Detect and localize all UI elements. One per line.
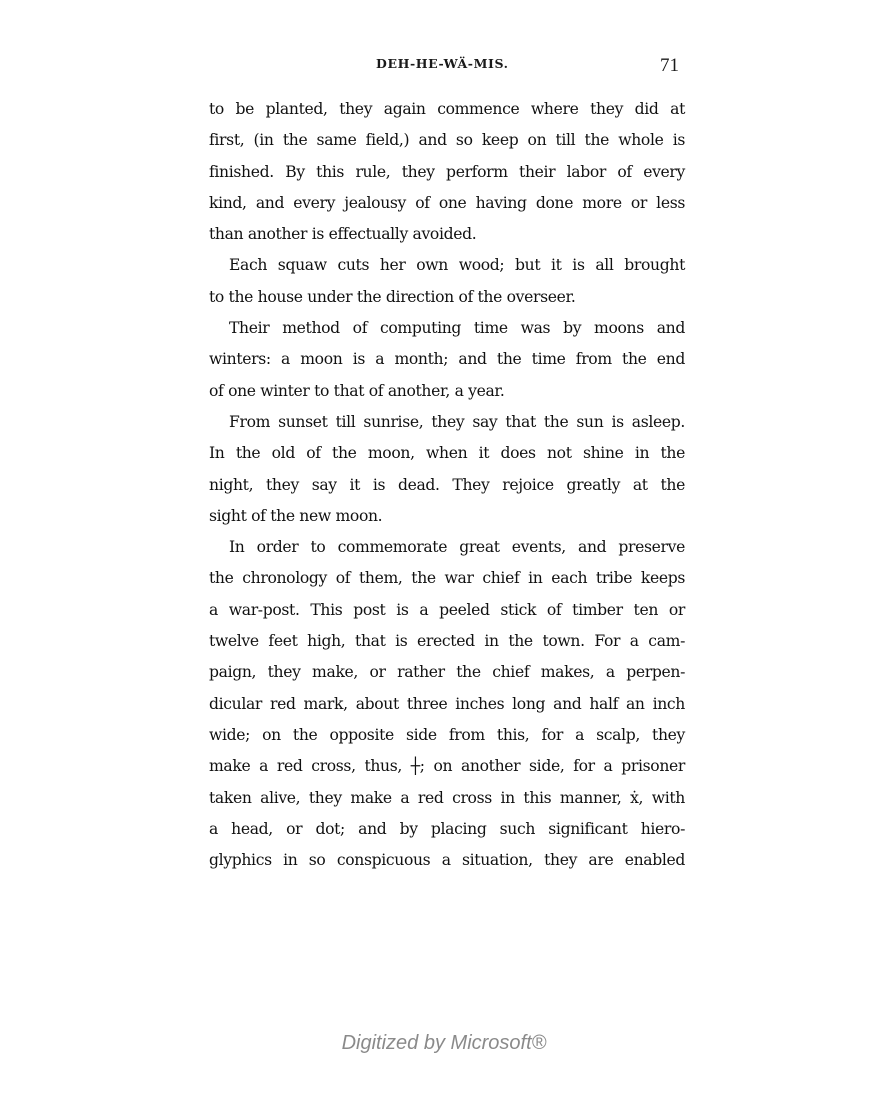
text-line: winters: a moon is a month; and the time…	[209, 344, 685, 375]
paragraph: Their method of computing time was by mo…	[209, 313, 685, 407]
text-line: Their method of computing time was by mo…	[209, 313, 685, 344]
page-number: 71	[660, 55, 679, 77]
body-text: to be planted, they again commence where…	[209, 94, 685, 876]
text-line: a head, or dot; and by placing such sign…	[209, 814, 685, 845]
text-line: glyphics in so conspicuous a situation, …	[209, 845, 685, 876]
text-line: make a red cross, thus, ┼; on another si…	[209, 751, 685, 782]
text-line: twelve feet high, that is erected in the…	[209, 626, 685, 657]
text-line: to the house under the direction of the …	[209, 282, 685, 313]
text-line: From sunset till sunrise, they say that …	[209, 407, 685, 438]
running-title: DEH-HE-WÄ-MIS.	[376, 56, 509, 71]
text-line: of one winter to that of another, a year…	[209, 376, 685, 407]
text-line: finished. By this rule, they perform the…	[209, 157, 685, 188]
paragraph: In order to commemorate great events, an…	[209, 532, 685, 876]
paragraph: From sunset till sunrise, they say that …	[209, 407, 685, 532]
book-page: DEH-HE-WÄ-MIS. 71 to be planted, they ag…	[0, 0, 888, 1102]
paragraph: Each squaw cuts her own wood; but it is …	[209, 250, 685, 313]
text-line: a war-post. This post is a peeled stick …	[209, 595, 685, 626]
text-line: to be planted, they again commence where…	[209, 94, 685, 125]
text-line: Each squaw cuts her own wood; but it is …	[209, 250, 685, 281]
text-line: sight of the new moon.	[209, 501, 685, 532]
text-line: first, (in the same field,) and so keep …	[209, 125, 685, 156]
running-head: DEH-HE-WÄ-MIS. 71	[0, 56, 888, 80]
text-line: kind, and every jealousy of one having d…	[209, 188, 685, 219]
text-line: dicular red mark, about three inches lon…	[209, 689, 685, 720]
text-line: In order to commemorate great events, an…	[209, 532, 685, 563]
text-line: than another is effectually avoided.	[209, 219, 685, 250]
text-line: In the old of the moon, when it does not…	[209, 438, 685, 469]
text-line: paign, they make, or rather the chief ma…	[209, 657, 685, 688]
paragraph: to be planted, they again commence where…	[209, 94, 685, 250]
text-line: taken alive, they make a red cross in th…	[209, 783, 685, 814]
digitized-watermark: Digitized by Microsoft®	[0, 1032, 888, 1055]
text-line: the chronology of them, the war chief in…	[209, 563, 685, 594]
text-line: wide; on the opposite side from this, fo…	[209, 720, 685, 751]
text-line: night, they say it is dead. They rejoice…	[209, 470, 685, 501]
